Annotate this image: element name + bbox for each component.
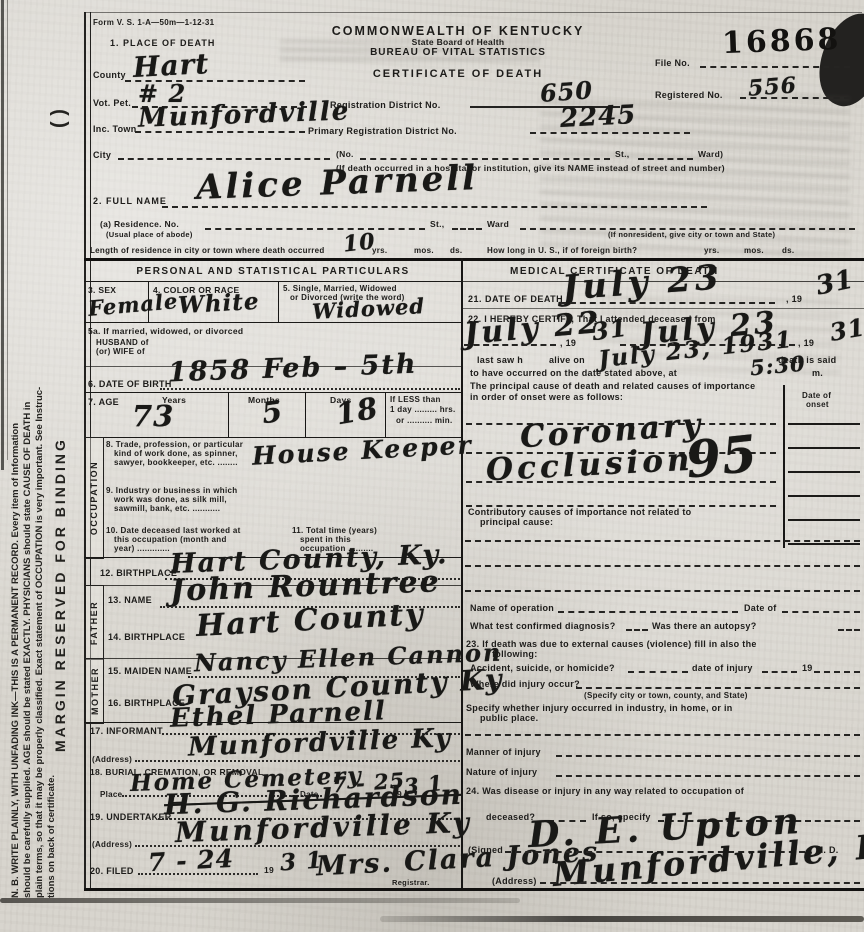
from-year-pre: , 19 — [560, 338, 576, 348]
registered-no-blank — [740, 97, 850, 99]
if-less-label-3: or .......... min. — [396, 416, 453, 425]
city-st-blank — [638, 158, 693, 160]
residence-label: (a) Residence. No. — [100, 220, 179, 230]
informant-address-label: (Address) — [92, 755, 132, 764]
us-length-label: How long in U. S., if of foreign birth? — [487, 246, 637, 255]
section-divider — [84, 258, 864, 261]
undertaker-address-value: Munfordville Ky — [175, 809, 473, 847]
registered-no-value: 556 — [747, 74, 797, 99]
yrs-label: yrs. — [372, 246, 387, 255]
city-blank — [118, 158, 330, 160]
cell-divider — [305, 392, 306, 437]
row-line — [84, 322, 461, 323]
informant-address-blank — [135, 760, 460, 762]
last-worked-label-2: this occupation (month and — [114, 535, 227, 544]
where-injury-blank — [576, 687, 860, 689]
vot-pct-label: Vot. Pet. — [93, 98, 131, 108]
scan-streak — [380, 916, 864, 922]
county-value: Hart — [132, 50, 210, 82]
where-injury-label: Where did injury occur? — [470, 679, 580, 689]
doc-subtitle-3: CERTIFICATE OF DEATH — [373, 68, 543, 81]
manner-of-injury-label: Manner of injury — [466, 747, 541, 757]
mother-name-label: 15. MAIDEN NAME — [108, 666, 192, 676]
row-line — [84, 392, 461, 393]
onset-box-border — [783, 385, 785, 548]
age-days-value: 18 — [334, 394, 381, 430]
test-label: What test confirmed diagnosis? — [470, 621, 616, 631]
to-year-pre: , 19 — [798, 338, 814, 348]
city-st-hint: St., — [615, 150, 629, 160]
operation-date-label: Date of — [744, 603, 777, 613]
full-name-label: 2. FULL NAME — [93, 196, 167, 206]
onset-rule — [788, 423, 860, 425]
if-less-label-1: If LESS than — [390, 395, 441, 404]
date-of-death-label: 21. DATE OF DEATH — [468, 294, 563, 304]
to-year-value: 31 — [828, 315, 864, 345]
dob-blank — [160, 388, 460, 390]
related-occupation-label: 24. Was disease or injury in any way rel… — [466, 786, 744, 796]
father-vertical-label: FATHER — [84, 585, 104, 660]
death-time-value: 5:30 — [749, 353, 806, 379]
wife-of-label: (or) WIFE of — [96, 347, 145, 356]
industry-label-3: sawmill, bank, etc. ........... — [114, 504, 220, 513]
accident-label: Accident, suicide, or homicide? — [470, 663, 615, 673]
father-birthplace-label: 14. BIRTHPLACE — [108, 632, 185, 642]
last-saw-label-b: alive on — [549, 355, 585, 365]
total-time-label-1: 11. Total time (years) — [292, 526, 377, 535]
onset-rule — [788, 543, 860, 545]
filed-year-pre: 19 — [264, 866, 274, 876]
birthplace-label: 12. BIRTHPLACE — [100, 568, 177, 578]
married-to-label: 5a. If married, widowed, or divorced — [88, 327, 243, 337]
residence-st: St., — [430, 220, 444, 230]
cell-divider — [385, 392, 386, 437]
nonresident-hint: (If nonresident, give city or town and S… — [608, 231, 775, 240]
scan-streak — [0, 898, 520, 903]
trade-label-2: kind of work done, as spinner, — [114, 449, 238, 458]
marital-label: 5. Single, Married, Widowed — [283, 284, 397, 293]
specify-label-2: public place. — [480, 713, 538, 723]
row-line — [461, 308, 864, 309]
specify-label-1: Specify whether injury occurred in indus… — [466, 703, 733, 713]
residence-ward: Ward — [487, 220, 509, 230]
onset-rule — [788, 471, 860, 473]
age-years-value: 73 — [132, 402, 174, 431]
operation-date-blank — [782, 611, 860, 613]
city-no-blank — [360, 158, 610, 160]
cell-divider — [148, 281, 149, 322]
ds-label: ds. — [450, 246, 462, 255]
yrs-label-2: yrs. — [704, 246, 719, 255]
industry-label-1: 9. Industry or business in which — [106, 486, 237, 495]
principal-cause-label-1: The principal cause of death and related… — [470, 381, 755, 391]
file-number-stamp: 16868 — [721, 22, 842, 61]
father-name-label: 13. NAME — [108, 595, 152, 605]
onset-label-2: onset — [806, 400, 829, 409]
injury-year-pre: 19 — [802, 663, 813, 673]
time-m-label: m. — [812, 368, 823, 378]
primary-district-label: Primary Registration District No. — [308, 126, 457, 136]
test-blank — [626, 629, 648, 631]
occurred-label: to have occurred on the date stated abov… — [470, 368, 677, 378]
signed-label: (Signed — [468, 845, 503, 855]
onset-rule — [788, 495, 860, 497]
trade-label-3: sawyer, bookkeeper, etc. ........ — [114, 458, 238, 467]
autopsy-blank — [838, 629, 860, 631]
husband-of-label: HUSBAND of — [96, 338, 149, 347]
filed-blank — [138, 873, 258, 875]
filed-label: 20. FILED — [90, 866, 134, 876]
margin-nb-line: N. B. WRITE PLAINLY, WITH UNFADING INK—T… — [10, 18, 22, 898]
external-causes-label-2: following: — [492, 649, 538, 659]
contributory-label-1: Contributory causes of importance not re… — [468, 507, 691, 517]
onset-rule — [788, 519, 860, 521]
abode-hint: (Usual place of abode) — [106, 231, 193, 240]
registered-no-label: Registered No. — [655, 90, 723, 100]
marital-value: Widowed — [312, 295, 426, 322]
address-label: (Address) — [492, 876, 537, 886]
contributory-rule — [465, 590, 860, 592]
mos-label-2: mos. — [744, 246, 764, 255]
contributory-rule — [465, 540, 860, 542]
certify-blank-1 — [464, 344, 556, 346]
last-worked-label-3: year) ............. — [114, 544, 170, 553]
onset-rule — [788, 447, 860, 449]
mos-label: mos. — [414, 246, 434, 255]
margin-nb-line: should be carefully supplied. AGE should… — [22, 18, 34, 898]
if-less-label-2: 1 day ......... hrs. — [390, 405, 456, 414]
cell-divider — [228, 392, 229, 437]
residence-st-blank — [452, 228, 482, 230]
cell-divider — [278, 281, 279, 322]
age-months-value: 5 — [260, 397, 285, 429]
registrar-label: Registrar. — [392, 879, 430, 888]
mother-vertical-label: MOTHER — [84, 658, 104, 724]
city-no-hint: (No. — [336, 150, 354, 160]
nature-blank — [556, 775, 860, 777]
form-top-border — [84, 12, 862, 13]
personal-header: PERSONAL AND STATISTICAL PARTICULARS — [136, 266, 409, 278]
specify-rule — [465, 734, 860, 736]
last-saw-label-a: last saw h — [477, 355, 523, 365]
form-bottom-border — [84, 888, 864, 891]
scan-edge-line — [7, 0, 8, 460]
county-label: County — [93, 70, 126, 80]
last-worked-label-1: 10. Date deceased last worked at — [106, 526, 241, 535]
principal-cause-label-2: in order of onset were as follows: — [470, 392, 623, 402]
accident-blank — [628, 671, 688, 673]
margin-nb-line: plain terms, so that it may be properly … — [34, 18, 46, 898]
informant-label: 17. INFORMANT — [90, 726, 163, 736]
from-year-value: 31 — [591, 316, 629, 345]
burial-place-label: Place — [100, 790, 122, 799]
scan-edge-line — [1, 0, 4, 470]
inc-town-label: Inc. Town — [93, 124, 137, 134]
informant-address-value: Munfordville Ky — [188, 725, 453, 760]
contributory-label-2: principal cause: — [480, 517, 553, 527]
full-name-value: Alice Parnell — [195, 161, 478, 205]
injury-date-blank — [762, 671, 797, 673]
operation-label: Name of operation — [470, 603, 554, 613]
contributory-rule — [465, 565, 860, 567]
nature-of-injury-label: Nature of injury — [466, 767, 537, 777]
dod-year-value: 31 — [814, 266, 857, 299]
file-no-label: File No. — [655, 58, 690, 68]
operation-blank — [558, 611, 738, 613]
industry-label-2: work was done, as silk mill, — [114, 495, 227, 504]
primary-district-blank — [530, 132, 690, 134]
dob-value: 1858 Feb – 5th — [168, 351, 418, 387]
doc-subtitle-2: BUREAU OF VITAL STATISTICS — [370, 47, 546, 59]
cause-code-value: 95 — [684, 428, 760, 485]
date-of-death-value: July 23 — [561, 260, 724, 305]
form-number: Form V. S. 1-A—50m—1-12-31 — [93, 18, 214, 27]
autopsy-label: Was there an autopsy? — [652, 621, 757, 631]
file-no-blank — [700, 66, 850, 68]
ds-label-2: ds. — [782, 246, 794, 255]
length-residence-label: Length of residence in city or town wher… — [90, 246, 325, 255]
manner-blank — [556, 755, 860, 757]
where-injury-hint: (Specify city or town, county, and State… — [584, 691, 748, 700]
race-value: White — [177, 290, 260, 317]
injury-date-label: date of injury — [692, 663, 753, 673]
trade-label-1: 8. Trade, profession, or particular — [106, 440, 243, 449]
undertaker-address-label: (Address) — [92, 840, 132, 849]
injury-year-blank — [814, 671, 860, 673]
father-birthplace-value: Hart County — [195, 600, 425, 642]
onset-label-1: Date of — [802, 391, 831, 400]
city-ward-hint: Ward) — [698, 150, 723, 160]
death-certificate-scan: N. B. WRITE PLAINLY, WITH UNFADING INK—T… — [0, 0, 864, 932]
city-label: City — [93, 150, 111, 160]
row-line — [84, 281, 461, 282]
inc-town-blank — [135, 131, 305, 133]
filed-date-value: 7 - 24 — [147, 846, 234, 875]
full-name-blank — [162, 206, 707, 208]
date-of-death-blank — [560, 302, 775, 304]
occupation-vertical-label: OCCUPATION — [84, 437, 104, 559]
dod-year-pre: , 19 — [786, 294, 802, 304]
address-blank — [540, 882, 860, 884]
primary-district-value: 2245 — [559, 102, 637, 132]
age-label: 7. AGE — [88, 397, 119, 407]
external-causes-label-1: 23. If death was due to external causes … — [466, 639, 757, 649]
residence-blank — [205, 228, 425, 230]
